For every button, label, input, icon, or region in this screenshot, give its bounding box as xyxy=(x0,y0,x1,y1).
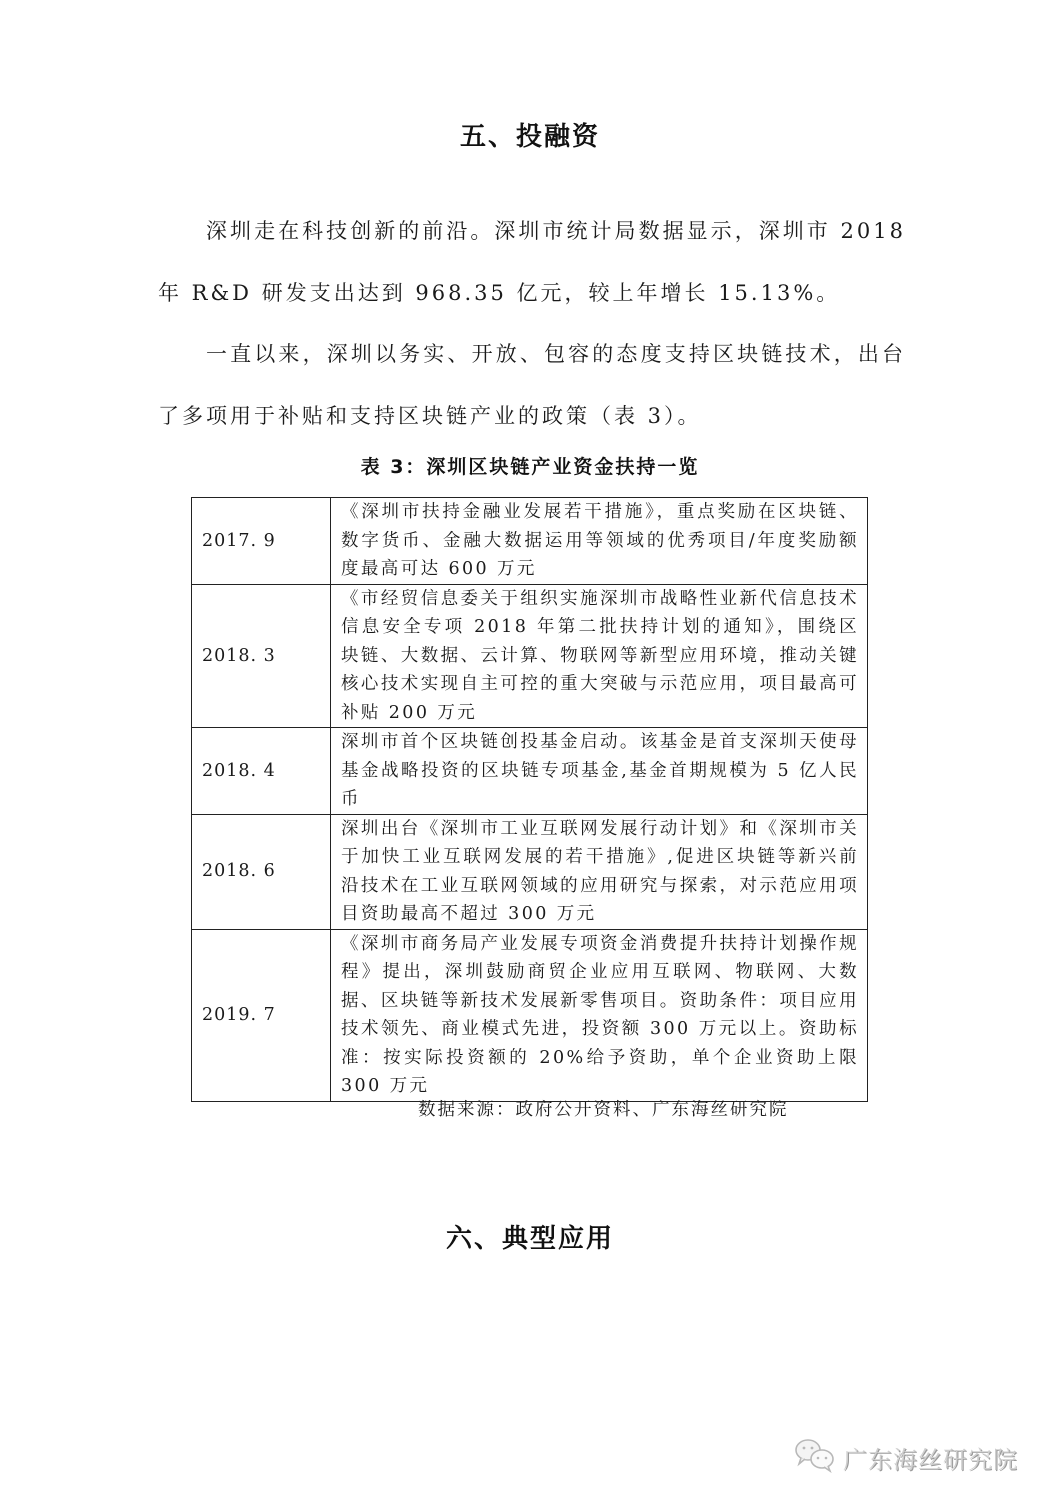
policy-table: 2017. 9 《深圳市扶持金融业发展若干措施》，重点奖励在区块链、数字货币、金… xyxy=(191,497,868,1102)
wechat-icon xyxy=(793,1437,837,1477)
table-caption: 表 3：深圳区块链产业资金扶持一览 xyxy=(0,452,1060,479)
table-source-note: 数据来源：政府公开资料、广东海丝研究院 xyxy=(418,1096,789,1121)
section-6-heading: 六、典型应用 xyxy=(0,1218,1060,1255)
table-row: 2017. 9 《深圳市扶持金融业发展若干措施》，重点奖励在区块链、数字货币、金… xyxy=(192,498,868,585)
row-description: 《市经贸信息委关于组织实施深圳市战略性业新代信息技术信息安全专项 2018 年第… xyxy=(331,584,868,728)
table-row: 2019. 7 《深圳市商务局产业发展专项资金消费提升扶持计划操作规程》提出，深… xyxy=(192,929,868,1101)
table-row: 2018. 4 深圳市首个区块链创投基金启动。该基金是首支深圳天使母基金战略投资… xyxy=(192,728,868,815)
watermark: 广东海丝研究院 xyxy=(793,1437,1018,1477)
row-date: 2019. 7 xyxy=(192,929,331,1101)
row-description: 深圳出台《深圳市工业互联网发展行动计划》和《深圳市关于加快工业互联网发展的若干措… xyxy=(331,814,868,929)
watermark-text: 广东海丝研究院 xyxy=(843,1440,1018,1475)
row-date: 2017. 9 xyxy=(192,498,331,585)
row-date: 2018. 6 xyxy=(192,814,331,929)
row-description: 《深圳市扶持金融业发展若干措施》，重点奖励在区块链、数字货币、金融大数据运用等领… xyxy=(331,498,868,585)
row-date: 2018. 4 xyxy=(192,728,331,815)
paragraph-policy-support: 一直以来，深圳以务实、开放、包容的态度支持区块链技术，出台了多项用于补贴和支持区… xyxy=(158,323,906,447)
paragraph-rd-spending: 深圳走在科技创新的前沿。深圳市统计局数据显示，深圳市 2018 年 R&D 研发… xyxy=(158,200,906,324)
row-description: 深圳市首个区块链创投基金启动。该基金是首支深圳天使母基金战略投资的区块链专项基金… xyxy=(331,728,868,815)
table-row: 2018. 3 《市经贸信息委关于组织实施深圳市战略性业新代信息技术信息安全专项… xyxy=(192,584,868,728)
row-date: 2018. 3 xyxy=(192,584,331,728)
row-description: 《深圳市商务局产业发展专项资金消费提升扶持计划操作规程》提出，深圳鼓励商贸企业应… xyxy=(331,929,868,1101)
section-5-heading: 五、投融资 xyxy=(0,116,1060,153)
table-row: 2018. 6 深圳出台《深圳市工业互联网发展行动计划》和《深圳市关于加快工业互… xyxy=(192,814,868,929)
